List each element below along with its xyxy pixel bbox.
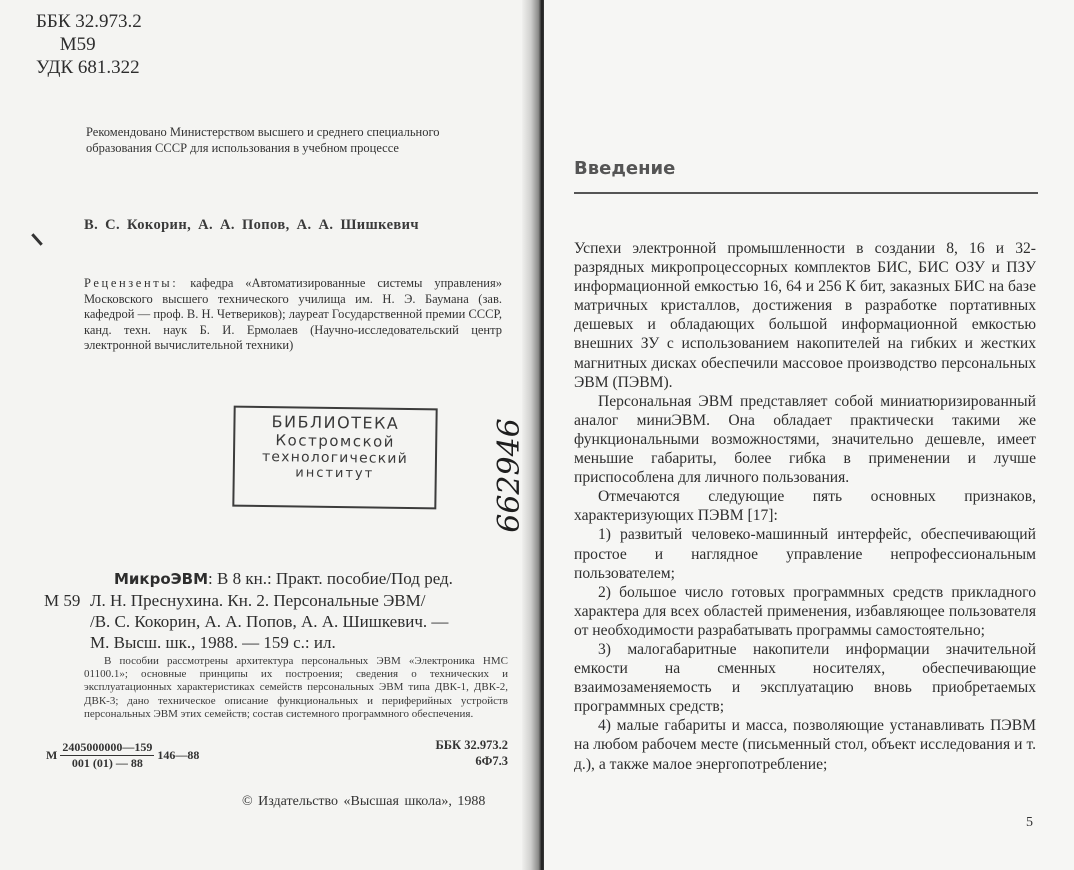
price-code-suffix: 146—88 — [157, 748, 199, 763]
pen-mark — [31, 233, 43, 245]
authors-line: В. С. Кокорин, А. А. Попов, А. А. Шишкев… — [84, 217, 419, 234]
bbk-bottom-line-2: 6Ф7.3 — [400, 753, 508, 769]
reviewers-label: Рецензенты: — [84, 276, 178, 290]
price-code: М 2405000000—159 001 (01) — 88 146—88 — [46, 740, 199, 771]
page-number: 5 — [1026, 815, 1033, 831]
catalog-card: МикроЭВМ: В 8 кн.: Практ. пособие/Под ре… — [44, 568, 508, 653]
list-item: 3) малогабаритные накопители информации … — [574, 640, 1036, 716]
list-item: 4) малые габариты и масса, позволяющие у… — [574, 716, 1036, 773]
price-code-numerator: 2405000000—159 — [60, 740, 154, 756]
bbk-bottom: ББК 32.973.2 6Ф7.3 — [400, 737, 508, 769]
bbk-bottom-line-1: ББК 32.973.2 — [400, 737, 508, 753]
classification-block: ББК 32.973.2 М59 УДК 681.322 — [36, 10, 142, 79]
stamp-line-4: институт — [235, 465, 435, 483]
reviewers-block: Рецензенты: кафедра «Автоматизированные … — [84, 276, 502, 354]
recommendation-note: Рекомендовано Министерством высшего и ср… — [86, 124, 506, 156]
catalog-line-1: : В 8 кн.: Практ. пособие/Под ред. — [208, 569, 453, 588]
bbk-code: ББК 32.973.2 — [36, 10, 142, 33]
price-code-prefix: М — [46, 748, 57, 763]
paragraph: Успехи электронной промышленности в созд… — [574, 239, 1036, 392]
price-code-fraction: 2405000000—159 001 (01) — 88 — [60, 740, 154, 771]
author-mark: М59 — [36, 33, 142, 56]
book-spine — [522, 0, 544, 870]
catalog-code: М 59 — [44, 590, 80, 611]
library-stamp: БИБЛИОТЕКА Костромской технологический и… — [232, 406, 437, 510]
intro-body: Успехи электронной промышленности в созд… — [574, 239, 1036, 774]
heading-rule — [574, 192, 1038, 194]
price-code-denominator: 001 (01) — 88 — [70, 756, 145, 771]
catalog-line-3: /В. С. Кокорин, А. А. Попов, А. А. Шишке… — [44, 611, 508, 632]
left-page: ББК 32.973.2 М59 УДК 681.322 Рекомендова… — [0, 0, 532, 870]
catalog-line-4: М. Высш. шк., 1988. — 159 с.: ил. — [44, 632, 508, 653]
paragraph: Персональная ЭВМ представляет собой мини… — [574, 392, 1036, 487]
chapter-heading: Введение — [574, 158, 675, 179]
copyright-line: © Издательство «Высшая школа», 1988 — [242, 794, 485, 810]
list-item: 1) развитый человеко-машинный интерфейс,… — [574, 525, 1036, 582]
stamp-line-3: технологический — [235, 449, 435, 468]
udk-code: УДК 681.322 — [36, 56, 142, 79]
catalog-line-2: Л. Н. Преснухина. Кн. 2. Персональные ЭВ… — [44, 590, 508, 611]
paragraph: Отмечаются следующие пять основных призн… — [574, 487, 1036, 525]
catalog-title: МикроЭВМ — [114, 570, 208, 588]
list-item: 2) большое число готовых программных сре… — [574, 583, 1036, 640]
annotation-text: В пособии рассмотрены архитектура персон… — [84, 655, 508, 721]
